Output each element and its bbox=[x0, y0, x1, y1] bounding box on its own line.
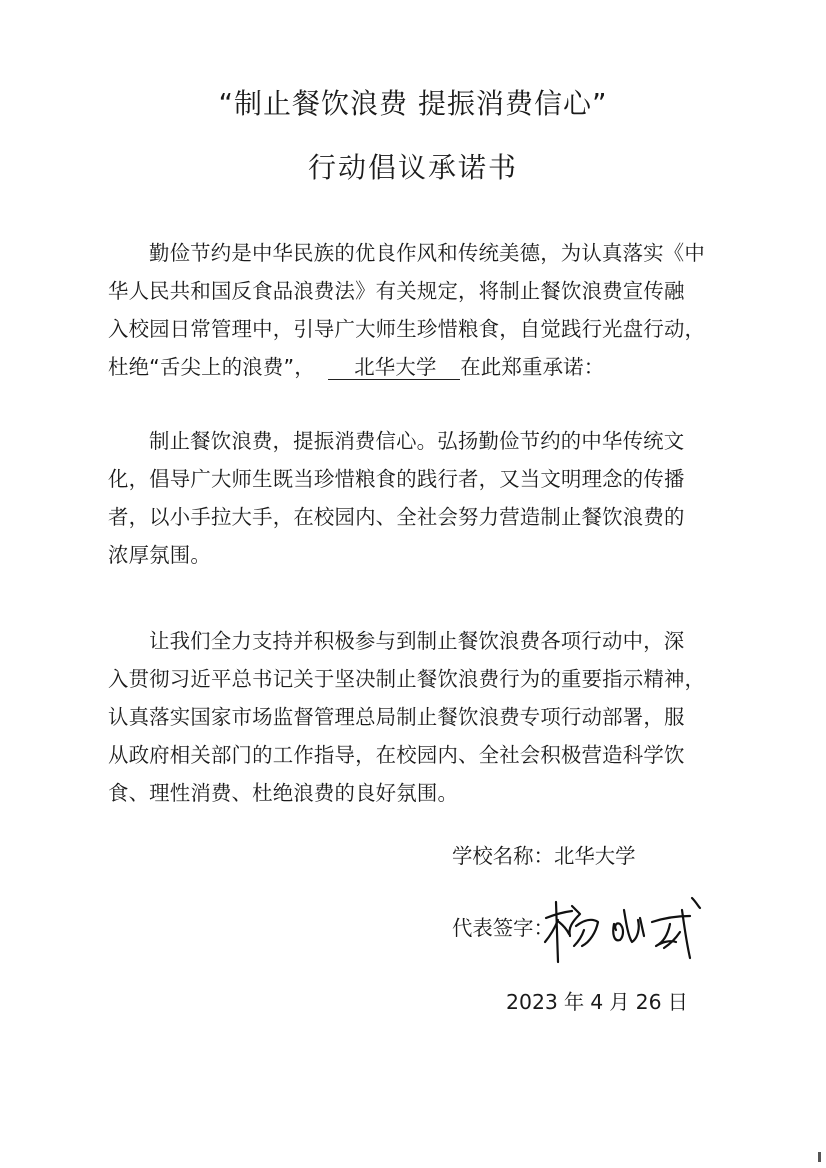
paragraph-line: 从政府相关部门的工作指导，在校园内、全社会积极营造科学饮 bbox=[108, 736, 724, 774]
paragraph-line: 华人民共和国反食品浪费法》有关规定，将制止餐饮浪费宣传融 bbox=[108, 272, 724, 310]
paragraph-line: 让我们全力支持并积极参与到制止餐饮浪费各项行动中，深 bbox=[108, 622, 724, 660]
scan-artifact-mark bbox=[818, 1152, 821, 1162]
paragraph-line: 勤俭节约是中华民族的优良作风和传统美德，为认真落实《中 bbox=[108, 234, 724, 272]
paragraph-line: 者，以小手拉大手，在校园内、全社会努力营造制止餐饮浪费的 bbox=[108, 498, 724, 536]
paragraph-line: 入贯彻习近平总书记关于坚决制止餐饮浪费行为的重要指示精神， bbox=[108, 660, 724, 698]
school-name-row: 学校名称：北华大学 bbox=[452, 840, 636, 869]
paragraph-line: 食、理性消费、杜绝浪费的良好氛围。 bbox=[108, 774, 724, 812]
date-month-unit: 月 bbox=[609, 990, 629, 1014]
date-day: 26 bbox=[636, 990, 662, 1014]
paragraph-line: 浓厚氛围。 bbox=[108, 536, 724, 574]
handwritten-signature-icon bbox=[542, 884, 712, 964]
paragraph-line: 制止餐饮浪费，提振消费信心。弘扬勤俭节约的中华传统文 bbox=[108, 422, 724, 460]
paragraph-line: 入校园日常管理中，引导广大师生珍惜粮食，自觉践行光盘行动， bbox=[108, 310, 724, 348]
paragraph-commitment: 制止餐饮浪费，提振消费信心。弘扬勤俭节约的中华传统文 化，倡导广大师生既当珍惜粮… bbox=[108, 422, 724, 574]
school-name-blank: 北华大学 bbox=[328, 355, 460, 380]
document-title: “制止餐饮浪费 提振消费信心” bbox=[0, 82, 826, 122]
signing-date: 2023年4月26日 bbox=[506, 986, 694, 1015]
representative-row: 代表签字： bbox=[452, 912, 554, 941]
school-name-value: 北华大学 bbox=[554, 844, 636, 868]
document-subtitle: 行动倡议承诺书 bbox=[0, 146, 826, 186]
date-year-unit: 年 bbox=[564, 990, 584, 1014]
paragraph-line: 杜绝“舌尖上的浪费”， 北华大学在此郑重承诺： bbox=[108, 348, 724, 386]
paragraph-line: 认真落实国家市场监督管理总局制止餐饮浪费专项行动部署，服 bbox=[108, 698, 724, 736]
paragraph-intro: 勤俭节约是中华民族的优良作风和传统美德，为认真落实《中 华人民共和国反食品浪费法… bbox=[108, 234, 724, 386]
date-day-unit: 日 bbox=[668, 990, 688, 1014]
line-prefix: 杜绝“舌尖上的浪费”， bbox=[108, 355, 315, 379]
date-year: 2023 bbox=[506, 990, 558, 1014]
date-month: 4 bbox=[590, 990, 603, 1014]
paragraph-line: 化，倡导广大师生既当珍惜粮食的践行者，又当文明理念的传播 bbox=[108, 460, 724, 498]
paragraph-support: 让我们全力支持并积极参与到制止餐饮浪费各项行动中，深 入贯彻习近平总书记关于坚决… bbox=[108, 622, 724, 812]
line-suffix: 在此郑重承诺： bbox=[460, 355, 604, 379]
school-name-label: 学校名称： bbox=[452, 844, 554, 868]
representative-label: 代表签字： bbox=[452, 916, 554, 940]
